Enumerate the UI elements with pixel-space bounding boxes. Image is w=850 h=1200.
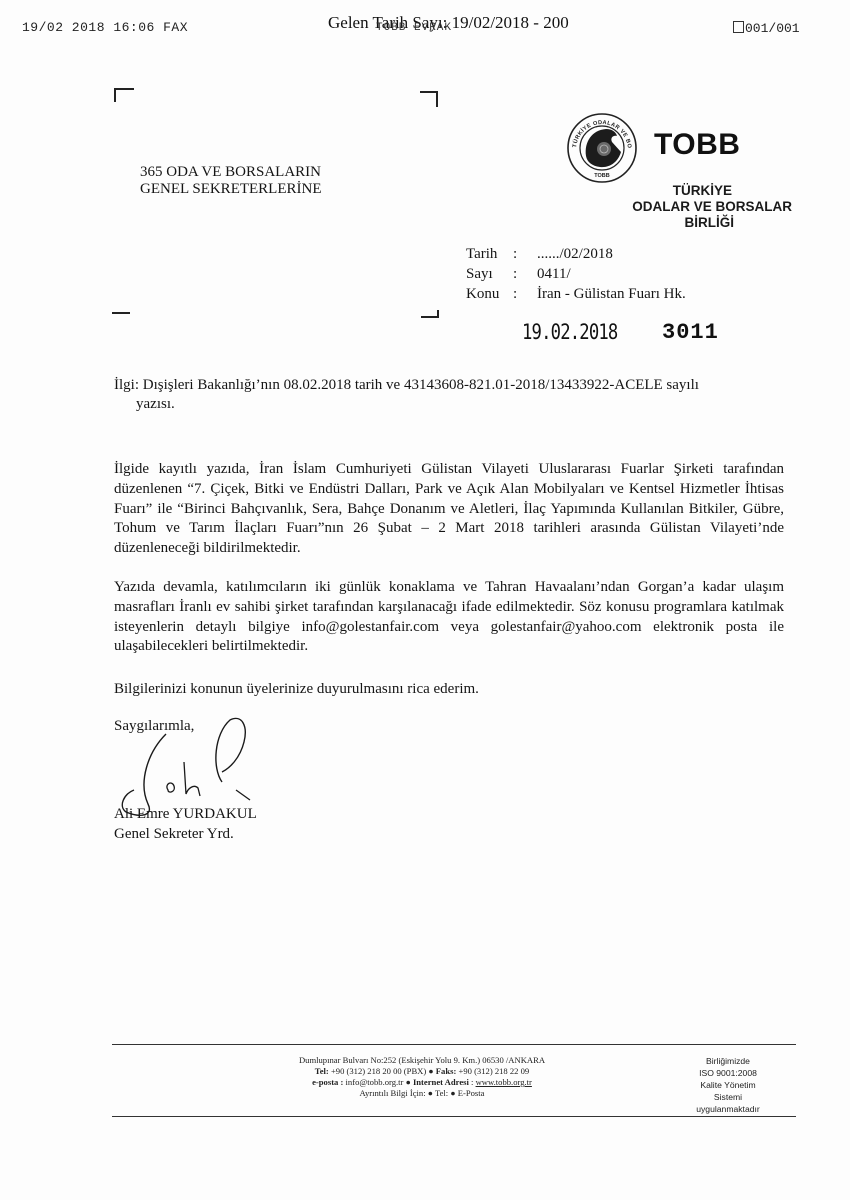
iso-line: Sistemi (668, 1091, 788, 1103)
details-tel: Tel: (435, 1088, 448, 1098)
organization-name-line: TÜRKİYE (600, 183, 792, 199)
meta-key: Sayı (466, 264, 513, 284)
web-label: Internet Adresi (413, 1077, 469, 1087)
details-email: E-Posta (458, 1088, 485, 1098)
meta-value: İran - Gülistan Fuarı Hk. (533, 284, 686, 304)
signatory-name: Ali Emre YURDAKUL (114, 804, 257, 824)
meta-colon: : (513, 284, 533, 304)
body-paragraph: İlgide kayıtlı yazıda, İran İslam Cumhur… (114, 460, 784, 559)
iso-line: ISO 9001:2008 (668, 1067, 788, 1079)
fax-page-count-text: 001/001 (745, 21, 800, 36)
address-window-corner-top-left (114, 88, 134, 102)
organization-name: TÜRKİYE ODALAR VE BORSALAR BİRLİĞİ (600, 183, 792, 231)
fax-value: +90 (312) 218 22 09 (458, 1066, 529, 1076)
meta-row-subject: Konu : İran - Gülistan Fuarı Hk. (466, 284, 686, 304)
recipient-block: 365 ODA VE BORSALARIN GENEL SEKRETERLERİ… (140, 164, 322, 198)
meta-value: ....../02/2018 (533, 244, 613, 264)
meta-colon: : (513, 244, 533, 264)
bullet-icon: ● (428, 1088, 433, 1098)
address-window-corner-bottom-right (421, 310, 439, 318)
footer-divider-bottom (112, 1116, 796, 1117)
stamp-date: 19.02.2018 (522, 320, 617, 344)
footer-phone-line: Tel: +90 (312) 218 20 00 (PBX) ● Faks: +… (232, 1066, 612, 1077)
bullet-icon: ● (406, 1077, 411, 1087)
tobb-seal-icon: TÜRKİYE ODALAR VE BORSALAR BİRLİĞİ TOBB (566, 112, 638, 184)
stamp-number: 3011 (662, 320, 719, 345)
meta-row-number: Sayı : 0411/ (466, 264, 686, 284)
meta-colon: : (513, 264, 533, 284)
reference-text: İlgi: Dışişleri Bakanlığı’nın 08.02.2018… (114, 376, 794, 395)
footer-address: Dumlupınar Bulvarı No:252 (Eskişehir Yol… (232, 1055, 612, 1066)
footer-divider-top (112, 1044, 796, 1045)
organization-name-line: BİRLİĞİ (600, 215, 792, 231)
iso-line: Kalite Yönetim (668, 1079, 788, 1091)
email-label: e-posta : (312, 1077, 343, 1087)
iso-line: uygulanmaktadır (668, 1103, 788, 1115)
meta-row-date: Tarih : ....../02/2018 (466, 244, 686, 264)
details-label: Ayrıntılı Bilgi İçin: (360, 1088, 426, 1098)
fax-page-count: 001/001 (733, 20, 800, 36)
recipient-line: GENEL SEKRETERLERİNE (140, 181, 322, 198)
address-window-corner-top-right (420, 91, 438, 107)
meta-key: Tarih (466, 244, 513, 264)
signatory-title: Genel Sekreter Yrd. (114, 824, 257, 844)
document-meta: Tarih : ....../02/2018 Sayı : 0411/ Konu… (466, 244, 686, 304)
meta-value: 0411/ (533, 264, 571, 284)
email-link[interactable]: info@tobb.org.tr (346, 1077, 404, 1087)
body-paragraph: Yazıda devamla, katılımcıların iki günlü… (114, 578, 784, 657)
signatory: Ali Emre YURDAKUL Genel Sekreter Yrd. (114, 804, 257, 844)
footer-details-line: Ayrıntılı Bilgi İçin: ● Tel: ● E-Posta (232, 1088, 612, 1099)
tel-value: +90 (312) 218 20 00 (PBX) (331, 1066, 426, 1076)
body-paragraph: Bilgilerinizi konunun üyelerinize duyuru… (114, 680, 784, 700)
fax-page-icon (733, 21, 744, 33)
bullet-icon: ● (428, 1066, 433, 1076)
fax-label: Faks: (436, 1066, 457, 1076)
fax-timestamp: 19/02 2018 16:06 FAX (22, 20, 188, 35)
brand-name: TOBB (654, 128, 740, 162)
address-window-corner-bottom-left (112, 304, 130, 314)
reference-line: İlgi: Dışişleri Bakanlığı’nın 08.02.2018… (114, 376, 794, 414)
footer-web-line: e-posta : info@tobb.org.tr ● Internet Ad… (232, 1077, 612, 1088)
tel-label: Tel: (315, 1066, 329, 1076)
recipient-line: 365 ODA VE BORSALARIN (140, 164, 322, 181)
svg-text:TOBB: TOBB (594, 173, 610, 179)
organization-name-line: ODALAR VE BORSALAR (600, 199, 792, 215)
tobb-evrak-overlay: TOBB EVRAK (376, 22, 452, 34)
meta-key: Konu (466, 284, 513, 304)
iso-certification-note: Birliğimizde ISO 9001:2008 Kalite Yöneti… (668, 1055, 788, 1115)
footer-contact: Dumlupınar Bulvarı No:252 (Eskişehir Yol… (232, 1055, 612, 1099)
iso-line: Birliğimizde (668, 1055, 788, 1067)
website-link[interactable]: www.tobb.org.tr (476, 1077, 532, 1087)
bullet-icon: ● (450, 1088, 455, 1098)
reference-text-continued: yazısı. (114, 395, 794, 414)
